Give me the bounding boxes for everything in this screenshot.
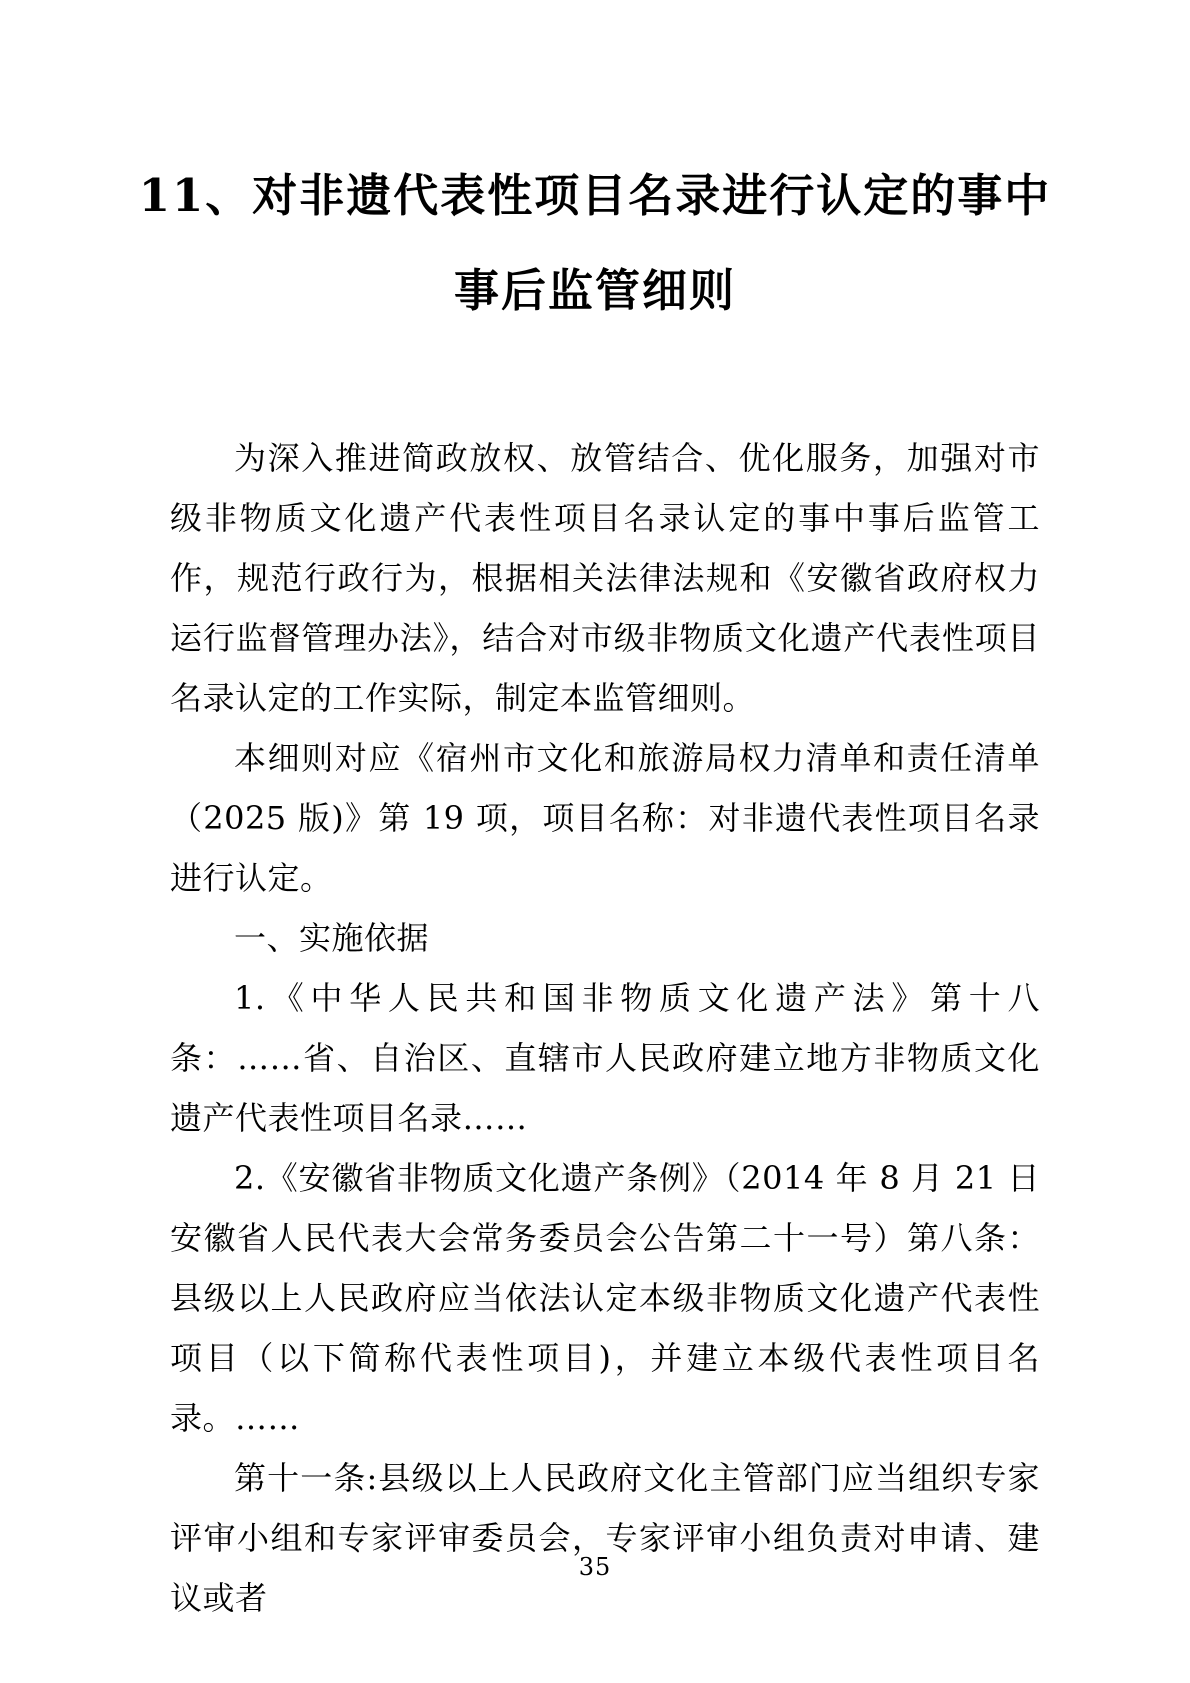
document-title: 11、对非遗代表性项目名录进行认定的事中 事后监管细则	[0, 0, 1190, 338]
section-heading-implementation-basis: 一、实施依据	[170, 908, 1040, 968]
paragraph-correspondence: 本细则对应《宿州市文化和旅游局权力清单和责任清单（2025 版)》第 19 项，…	[170, 728, 1040, 908]
paragraph-legal-basis-2: 2.《安徽省非物质文化遗产条例》（2014 年 8 月 21 日安徽省人民代表大…	[170, 1148, 1040, 1448]
document-body: 为深入推进简政放权、放管结合、优化服务，加强对市级非物质文化遗产代表性项目名录认…	[0, 338, 1190, 1628]
document-page: 11、对非遗代表性项目名录进行认定的事中 事后监管细则 为深入推进简政放权、放管…	[0, 0, 1190, 1683]
paragraph-legal-basis-1: 1.《中华人民共和国非物质文化遗产法》第十八条：……省、自治区、直辖市人民政府建…	[170, 968, 1040, 1148]
paragraph-article-11: 第十一条:县级以上人民政府文化主管部门应当组织专家评审小组和专家评审委员会，专家…	[170, 1448, 1040, 1628]
page-number: 35	[579, 1553, 612, 1581]
document-title-line-2: 事后监管细则	[80, 243, 1110, 338]
document-title-line-1: 11、对非遗代表性项目名录进行认定的事中	[80, 148, 1110, 243]
page-footer: 35	[0, 1553, 1190, 1581]
paragraph-intro: 为深入推进简政放权、放管结合、优化服务，加强对市级非物质文化遗产代表性项目名录认…	[170, 428, 1040, 728]
